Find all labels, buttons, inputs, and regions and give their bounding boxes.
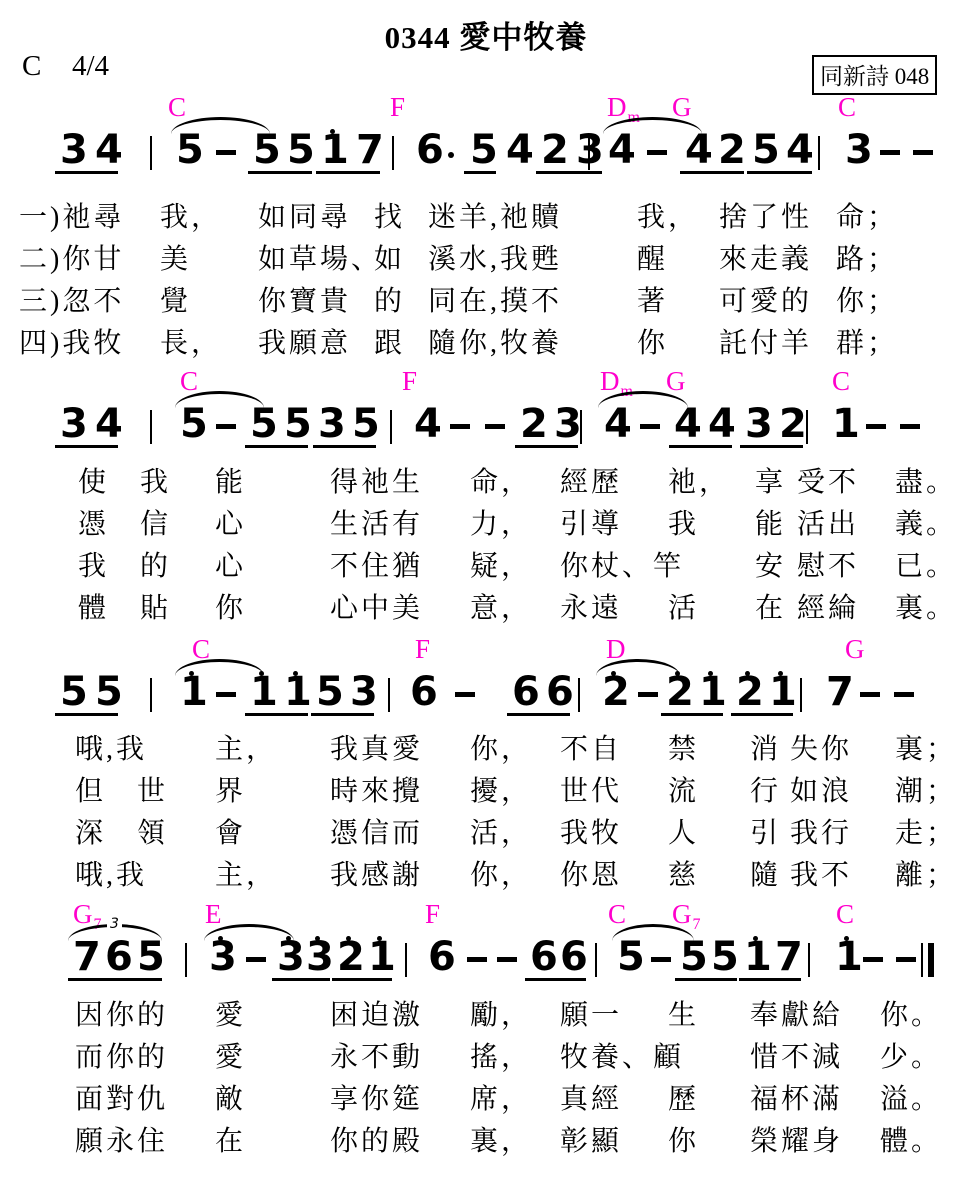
duration-dash xyxy=(455,692,475,697)
lyric-row: 願永住在你的殿裏，彰顯你榮耀身體。 xyxy=(0,1119,972,1161)
chord-root: G xyxy=(73,899,93,929)
chord-label: E xyxy=(205,899,222,930)
lyric-cell: 著 xyxy=(637,279,668,319)
chord-label: C xyxy=(836,899,854,930)
note-digit: 5 xyxy=(284,404,312,444)
beam-line xyxy=(245,713,308,716)
lyric-cell: 勵， xyxy=(470,993,532,1033)
lyric-cell: 活出 xyxy=(797,502,859,542)
note-digit: 5 xyxy=(180,404,208,444)
lyric-cell: 享你筵 xyxy=(330,1077,423,1117)
lyric-cell: 我真愛 xyxy=(330,727,423,767)
lyric-cell: 時來攪 xyxy=(330,769,423,809)
note-digit: 3 xyxy=(306,937,334,977)
lyric-cell: 體 xyxy=(78,586,109,626)
note-digit: 4 xyxy=(506,130,534,170)
beam-line xyxy=(525,978,586,981)
octave-dot xyxy=(346,936,351,941)
song-title: 愛中牧養 xyxy=(459,20,587,55)
lyric-cell: 不自 xyxy=(560,727,622,767)
music-system-2: CFDmGC3455535423444321 xyxy=(0,366,972,466)
lyric-cell: 面對仇 xyxy=(75,1077,168,1117)
note-digit: 1 xyxy=(250,672,278,712)
lyric-row: 二)你甘美如草場、如溪水,我甦醒來走義路； xyxy=(0,237,972,279)
lyric-cell: 你， xyxy=(470,727,532,767)
lyric-cell: 深 領 xyxy=(75,811,168,851)
beam-line xyxy=(464,171,496,174)
bar-line xyxy=(588,136,590,170)
lyric-cell: 力， xyxy=(470,502,532,542)
bar-line xyxy=(405,943,407,977)
lyric-cell: 席， xyxy=(470,1077,532,1117)
lyric-cell: 憑 xyxy=(78,502,109,542)
lyric-cell: 可愛的 xyxy=(719,279,812,319)
duration-dash xyxy=(647,150,667,155)
duration-dash xyxy=(216,692,236,697)
duration-dash xyxy=(900,424,920,429)
lyric-cell: 祂， xyxy=(668,460,730,500)
chord-root: C xyxy=(608,899,626,929)
note-digit: 2 xyxy=(736,672,764,712)
lyric-cell: 已。 xyxy=(895,544,957,584)
lyric-cell: 願永住 xyxy=(75,1119,168,1159)
chord-label: C xyxy=(180,366,198,397)
duration-dash xyxy=(866,424,886,429)
bar-line xyxy=(595,943,597,977)
beam-line xyxy=(272,978,330,981)
lyric-cell: 託付羊 xyxy=(719,321,812,361)
lyric-row: 哦,我主，我感謝你，你恩慈隨我不離； xyxy=(0,853,972,895)
lyric-cell: 命， xyxy=(470,460,532,500)
lyric-cell: 隨 xyxy=(750,853,781,893)
lyric-cell: 跟 xyxy=(374,321,405,361)
note-digit: 2 xyxy=(337,937,365,977)
final-bar-thin-line xyxy=(921,943,923,977)
lyric-cell: 你 xyxy=(637,321,668,361)
bar-line xyxy=(818,136,820,170)
lyric-cell: 心 xyxy=(215,544,246,584)
lyric-cell: 生 xyxy=(668,993,699,1033)
lyric-cell: 活 xyxy=(668,586,699,626)
note-digit: 1 xyxy=(832,404,860,444)
note-digit: 2 xyxy=(718,130,746,170)
duration-dash xyxy=(860,692,880,697)
bar-line xyxy=(392,136,394,170)
duration-dash xyxy=(894,692,914,697)
beam-line xyxy=(675,978,737,981)
note-digit: 6 xyxy=(105,937,133,977)
lyric-cell: 的 xyxy=(374,279,405,319)
chord-root: G xyxy=(672,899,692,929)
note-digit: 5 xyxy=(316,672,344,712)
note-digit: 6 xyxy=(512,672,540,712)
bar-line xyxy=(800,678,802,712)
duration-dash xyxy=(863,957,883,962)
chord-root: F xyxy=(425,899,440,929)
lyric-cell: 美 xyxy=(160,237,191,277)
lyric-cell: 活， xyxy=(470,811,532,851)
lyric-cell: 義。 xyxy=(895,502,957,542)
note-digit: 5 xyxy=(287,130,315,170)
note-digit: 5 xyxy=(352,404,380,444)
lyric-cell: 使 xyxy=(78,460,109,500)
note-digit: 5 xyxy=(253,130,281,170)
lyric-cell: 覺 xyxy=(160,279,191,319)
chord-root: C xyxy=(836,899,854,929)
beam-line xyxy=(731,713,793,716)
lyric-cell: 世代 xyxy=(560,769,622,809)
duration-dash xyxy=(467,957,487,962)
note-digit: 3 xyxy=(845,130,873,170)
note-digit: 1 xyxy=(699,672,727,712)
beam-line xyxy=(739,978,801,981)
lyric-cell: 隨你,牧養 xyxy=(428,321,562,361)
lyric-cell: 疑， xyxy=(470,544,532,584)
chord-root: C xyxy=(832,366,850,396)
lyric-cell: 失你 xyxy=(790,727,852,767)
note-digit: 5 xyxy=(95,672,123,712)
note-digit: 4 xyxy=(708,404,736,444)
lyric-cell: 如浪 xyxy=(790,769,852,809)
lyric-cell: 歷 xyxy=(668,1077,699,1117)
octave-dot xyxy=(778,671,783,676)
bar-line xyxy=(388,678,390,712)
note-digit: 4 xyxy=(786,130,814,170)
note-digit: 6 xyxy=(546,672,574,712)
lyric-cell: 搖， xyxy=(470,1035,532,1075)
chord-root: F xyxy=(415,634,430,664)
lyric-cell: 擾， xyxy=(470,769,532,809)
chord-root: G xyxy=(845,634,865,664)
lyric-cell: 能 xyxy=(215,460,246,500)
lyric-row: 憑信心生活有力，引導我能活出義。 xyxy=(0,502,972,544)
octave-dot xyxy=(745,671,750,676)
bar-line xyxy=(808,943,810,977)
beam-line xyxy=(313,445,376,448)
lyric-cell: 我牧 xyxy=(560,811,622,851)
lyric-cell: 我不 xyxy=(790,853,852,893)
chord-root: G xyxy=(672,92,692,122)
note-digit: 2 xyxy=(602,672,630,712)
note-digit: 4 xyxy=(608,130,636,170)
lyric-cell: 我， xyxy=(160,195,222,235)
chord-root: F xyxy=(390,92,405,122)
bar-line xyxy=(580,410,582,444)
page-title: 0344 愛中牧養 xyxy=(0,12,972,57)
chord-root: D xyxy=(607,92,627,122)
lyric-cell: 敵 xyxy=(215,1077,246,1117)
chord-root: D xyxy=(600,366,620,396)
beam-line xyxy=(661,713,723,716)
lyric-cell: 愛 xyxy=(215,1035,246,1075)
beam-line xyxy=(536,171,602,174)
duration-dash xyxy=(651,957,671,962)
lyric-cell: 少。 xyxy=(880,1035,942,1075)
lyric-cell: 憑信而 xyxy=(330,811,423,851)
bar-line xyxy=(578,678,580,712)
note-digit: 7 xyxy=(826,672,854,712)
lyric-cell: 界 xyxy=(215,769,246,809)
chord-label: F xyxy=(402,366,417,397)
chord-root: G xyxy=(666,366,686,396)
lyric-cell: 同在,摸不 xyxy=(428,279,562,319)
duration-dash xyxy=(896,957,916,962)
note-digit: 1 xyxy=(368,937,396,977)
lyric-cell: 福杯滿 xyxy=(750,1077,843,1117)
music-system-1: CFDmGC345551765423442543 xyxy=(0,92,972,192)
lyric-cell: 心 xyxy=(215,502,246,542)
duration-dash xyxy=(638,692,658,697)
chord-label: F xyxy=(415,634,430,665)
duration-dash xyxy=(216,150,236,155)
lyric-cell: 二)你甘 xyxy=(19,237,124,277)
lyric-row: 四)我牧長，我願意跟隨你,牧養你託付羊群； xyxy=(0,321,972,363)
lyric-row: 但 世界時來攪擾，世代流行如浪潮； xyxy=(0,769,972,811)
music-system-4: G7EFCG7C765333216665551713 xyxy=(0,899,972,999)
note-digit: 3 xyxy=(745,404,773,444)
duration-dash xyxy=(450,424,470,429)
lyric-cell: 哦,我 xyxy=(75,727,147,767)
lyric-cell: 裏， xyxy=(470,1119,532,1159)
chord-root: F xyxy=(402,366,417,396)
lyric-cell: 慰不 xyxy=(797,544,859,584)
note-digit: 1 xyxy=(180,672,208,712)
lyric-cell: 因你的 xyxy=(75,993,168,1033)
lyric-cell: 你恩 xyxy=(560,853,622,893)
time-signature: 4/4 xyxy=(72,50,109,83)
chord-root: C xyxy=(838,92,856,122)
chord-label: G xyxy=(845,634,865,665)
lyric-cell: 你 xyxy=(215,586,246,626)
lyric-cell: 我 xyxy=(140,460,171,500)
lyric-row: 體貼你心中美意，永遠活在經綸裏。 xyxy=(0,586,972,628)
lyric-cell: 我 xyxy=(78,544,109,584)
chord-root: C xyxy=(168,92,186,122)
note-digit: 2 xyxy=(779,404,807,444)
note-digit: 4 xyxy=(604,404,632,444)
lyric-cell: 主， xyxy=(215,853,277,893)
lyric-cell: 引 xyxy=(750,811,781,851)
lyric-cell: 奉獻給 xyxy=(750,993,843,1033)
chord-label: C xyxy=(832,366,850,397)
lyric-cell: 消 xyxy=(750,727,781,767)
duration-dash xyxy=(913,150,933,155)
beam-line xyxy=(316,171,380,174)
octave-dot xyxy=(377,936,382,941)
note-digit: 2 xyxy=(520,404,548,444)
lyric-cell: 彰顯 xyxy=(560,1119,622,1159)
lyric-cell: 醒 xyxy=(637,237,668,277)
lyric-cell: 四)我牧 xyxy=(19,321,124,361)
lyric-cell: 一)祂尋 xyxy=(19,195,124,235)
lyric-cell: 裏。 xyxy=(895,586,957,626)
note-digit: 7 xyxy=(775,937,803,977)
lyric-cell: 長， xyxy=(160,321,222,361)
chord-subscript: 7 xyxy=(693,916,701,933)
lyric-cell: 如 xyxy=(374,237,405,277)
note-digit: 5 xyxy=(752,130,780,170)
note-digit: 7 xyxy=(73,937,101,977)
lyric-cell: 群； xyxy=(836,321,898,361)
lyric-cell: 哦,我 xyxy=(75,853,147,893)
duration-dash xyxy=(640,424,660,429)
lyric-row: 面對仇敵享你筵席，真經歷福杯滿溢。 xyxy=(0,1077,972,1119)
lyric-cell: 盡。 xyxy=(895,460,957,500)
note-digit: 2 xyxy=(666,672,694,712)
beam-line xyxy=(332,978,392,981)
lyric-cell: 命； xyxy=(836,195,898,235)
lyric-row: 哦,我主，我真愛你，不自禁消失你裏； xyxy=(0,727,972,769)
chord-label: F xyxy=(425,899,440,930)
lyric-cell: 三)忽不 xyxy=(19,279,124,319)
lyric-cell: 愛 xyxy=(215,993,246,1033)
note-digit: 5 xyxy=(250,404,278,444)
beam-line xyxy=(507,713,570,716)
lyric-cell: 在 xyxy=(755,586,786,626)
note-digit: 5 xyxy=(711,937,739,977)
lyric-cell: 不住猶 xyxy=(330,544,423,584)
bar-line xyxy=(806,410,808,444)
lyric-cell: 我， xyxy=(637,195,699,235)
beam-line xyxy=(515,445,578,448)
note-digit: 6 xyxy=(428,937,456,977)
octave-dot xyxy=(330,129,335,134)
note-digit: 5 xyxy=(60,672,88,712)
lyric-cell: 但 世 xyxy=(75,769,168,809)
lyric-cell: 如同尋 xyxy=(258,195,351,235)
lyric-cell: 我行 xyxy=(790,811,852,851)
note-digit: 5 xyxy=(680,937,708,977)
note-digit: 3 xyxy=(209,937,237,977)
lyric-cell: 願一 xyxy=(560,993,622,1033)
bar-line xyxy=(150,136,152,170)
octave-dot xyxy=(708,671,713,676)
lyric-cell: 你寶貴 xyxy=(258,279,351,319)
lyric-cell: 離； xyxy=(895,853,957,893)
octave-dot xyxy=(315,936,320,941)
chord-root: E xyxy=(205,899,222,929)
note-digit: 1 xyxy=(835,937,863,977)
note-digit: 7 xyxy=(356,130,384,170)
note-digit: 6 xyxy=(530,937,558,977)
beam-line xyxy=(55,713,118,716)
lyric-cell: 的 xyxy=(140,544,171,584)
lyric-row: 一)祂尋我，如同尋找迷羊,祂贖我，捨了性命； xyxy=(0,195,972,237)
bar-line xyxy=(390,410,392,444)
lyric-cell: 困迫激 xyxy=(330,993,423,1033)
hymn-reference-box: 同新詩 048 xyxy=(812,55,937,95)
note-digit: 5 xyxy=(137,937,165,977)
lyric-cell: 迷羊,祂贖 xyxy=(428,195,562,235)
lyric-cell: 貼 xyxy=(140,586,171,626)
lyric-row: 使我能得祂生命，經歷祂，享受不盡。 xyxy=(0,460,972,502)
chord-label: F xyxy=(390,92,405,123)
lyric-cell: 得祂生 xyxy=(330,460,423,500)
beam-line xyxy=(747,171,812,174)
beam-line xyxy=(245,445,308,448)
lyric-cell: 禁 xyxy=(668,727,699,767)
note-digit: 2 xyxy=(541,130,569,170)
lyric-cell: 惜不減 xyxy=(750,1035,843,1075)
chord-label: C xyxy=(608,899,626,930)
lyric-cell: 安 xyxy=(755,544,786,584)
note-digit: 4 xyxy=(685,130,713,170)
lyric-row: 深 領會憑信而活，我牧人引我行走； xyxy=(0,811,972,853)
bar-line xyxy=(185,943,187,977)
lyric-cell: 我感謝 xyxy=(330,853,423,893)
lyric-row: 三)忽不覺你寶貴的同在,摸不著可愛的你； xyxy=(0,279,972,321)
lyric-cell: 會 xyxy=(215,811,246,851)
lyric-cell: 經綸 xyxy=(797,586,859,626)
note-digit: 5 xyxy=(617,937,645,977)
augmentation-dot xyxy=(448,152,454,158)
note-digit: 5 xyxy=(176,130,204,170)
lyric-cell: 心中美 xyxy=(330,586,423,626)
lyric-cell: 享 xyxy=(755,460,786,500)
lyric-cell: 在 xyxy=(215,1119,246,1159)
final-bar-thick-line xyxy=(928,943,934,977)
octave-dot xyxy=(844,936,849,941)
lyric-cell: 裏； xyxy=(895,727,957,767)
music-system-3: CFDG5511153666221217 xyxy=(0,634,972,734)
lyric-cell: 流 xyxy=(668,769,699,809)
lyric-row: 而你的愛永不動搖，牧養、顧惜不減少。 xyxy=(0,1035,972,1077)
lyric-cell: 如草場、 xyxy=(258,237,382,277)
note-digit: 3 xyxy=(318,404,346,444)
lyric-cell: 永不動 xyxy=(330,1035,423,1075)
beam-line xyxy=(680,171,744,174)
note-digit: 5 xyxy=(470,130,498,170)
note-digit: 1 xyxy=(769,672,797,712)
lyric-cell: 而你的 xyxy=(75,1035,168,1075)
lyric-cell: 路； xyxy=(836,237,898,277)
note-digit: 3 xyxy=(350,672,378,712)
bar-line xyxy=(150,410,152,444)
note-digit: 1 xyxy=(321,130,349,170)
lyric-cell: 受不 xyxy=(797,460,859,500)
lyric-cell: 潮； xyxy=(895,769,957,809)
octave-dot xyxy=(293,671,298,676)
slur-arc xyxy=(175,659,264,676)
lyric-cell: 經歷 xyxy=(560,460,622,500)
lyric-cell: 你。 xyxy=(880,993,942,1033)
beam-line xyxy=(740,445,803,448)
lyric-cell: 溢。 xyxy=(880,1077,942,1117)
lyric-cell: 體。 xyxy=(880,1119,942,1159)
chord-label: G xyxy=(666,366,686,397)
lyric-cell: 真經 xyxy=(560,1077,622,1117)
note-digit: 3 xyxy=(60,404,88,444)
lyric-cell: 你杖、竿 xyxy=(560,544,684,584)
lyric-cell: 我 xyxy=(668,502,699,542)
note-digit: 3 xyxy=(60,130,88,170)
sheet-music-page: 0344 愛中牧養 C 4/4 同新詩 048 CFDmGC3455517654… xyxy=(0,0,972,1196)
lyric-cell: 生活有 xyxy=(330,502,423,542)
duration-dash xyxy=(246,957,266,962)
lyric-cell: 溪水,我甦 xyxy=(428,237,562,277)
lyric-cell: 來走義 xyxy=(719,237,812,277)
lyric-cell: 永遠 xyxy=(560,586,622,626)
note-digit: 1 xyxy=(284,672,312,712)
chord-label: C xyxy=(838,92,856,123)
lyric-cell: 慈 xyxy=(668,853,699,893)
lyric-cell: 行 xyxy=(750,769,781,809)
chord-label: C xyxy=(168,92,186,123)
lyric-cell: 我願意 xyxy=(258,321,351,361)
triplet-number: 3 xyxy=(107,916,122,932)
duration-dash xyxy=(880,150,900,155)
beam-line xyxy=(311,713,374,716)
